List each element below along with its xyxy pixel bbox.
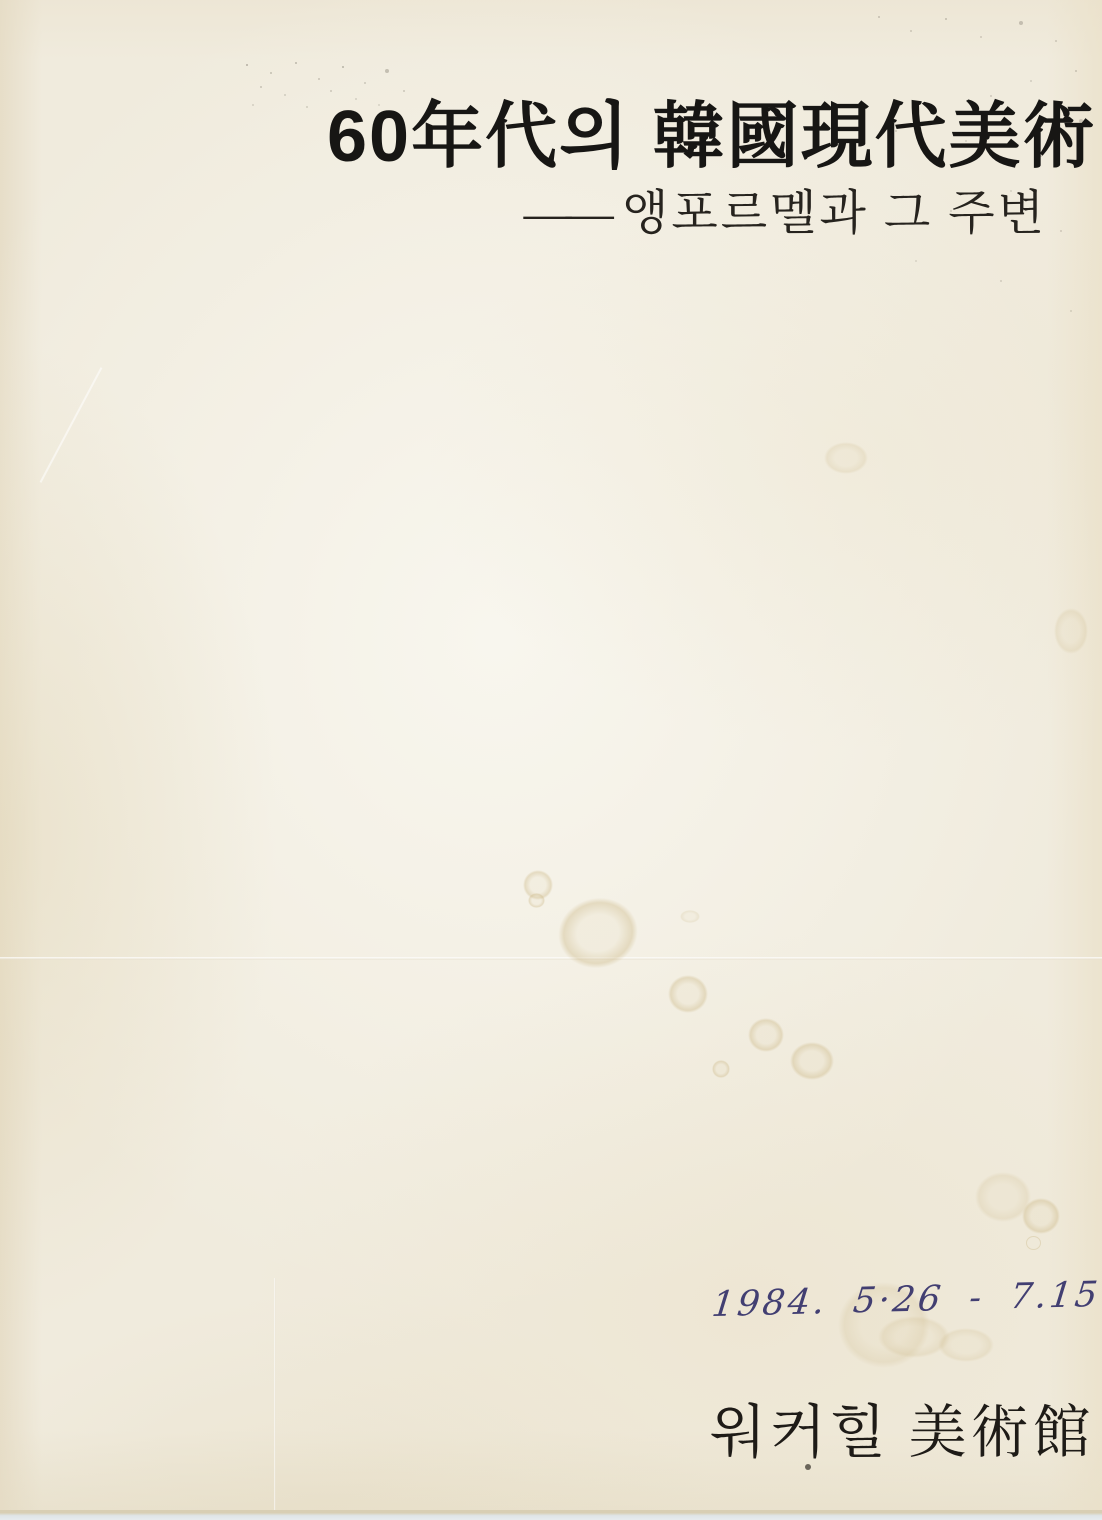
paper-stain: [712, 1060, 730, 1078]
subtitle-leading-dash: ——: [524, 188, 608, 241]
handwritten-exhibition-dates: 1984. 5·26 - 7.15: [710, 1275, 1102, 1325]
catalog-cover-scan: 60年代의 韓國現代美術 —— 앵포르멜과 그 주변 1984. 5·26 - …: [0, 0, 1102, 1520]
paper-stain: [552, 890, 645, 975]
exhibition-title: 60年代의 韓國現代美術: [327, 100, 1097, 176]
paper-stain: [668, 975, 708, 1013]
toner-speckle-patch: [870, 10, 872, 12]
paper-stain: [790, 1042, 834, 1080]
scanner-bed-edge: [0, 1510, 1102, 1520]
diagonal-crease: [40, 367, 103, 483]
ink-dot: [805, 1464, 811, 1470]
toner-speckle-patch: [240, 60, 242, 62]
vertical-crease: [274, 1278, 276, 1513]
museum-name: 워커힐 美術館: [710, 1385, 1095, 1469]
paper-stain: [1022, 1198, 1060, 1234]
paper-stain: [528, 893, 545, 908]
exhibition-subtitle: —— 앵포르멜과 그 주변: [524, 188, 1047, 241]
paper-stain: [938, 1328, 994, 1362]
paper-stain-ring: [1026, 1236, 1041, 1250]
paper-stain: [748, 1018, 784, 1052]
horizontal-fold-crease: [0, 957, 1102, 960]
subtitle-text: 앵포르멜과 그 주변: [622, 188, 1047, 241]
paper-stain: [824, 442, 868, 474]
paper-stain: [1054, 608, 1088, 654]
paper-stain: [680, 910, 700, 923]
paper-stain: [878, 1316, 950, 1358]
